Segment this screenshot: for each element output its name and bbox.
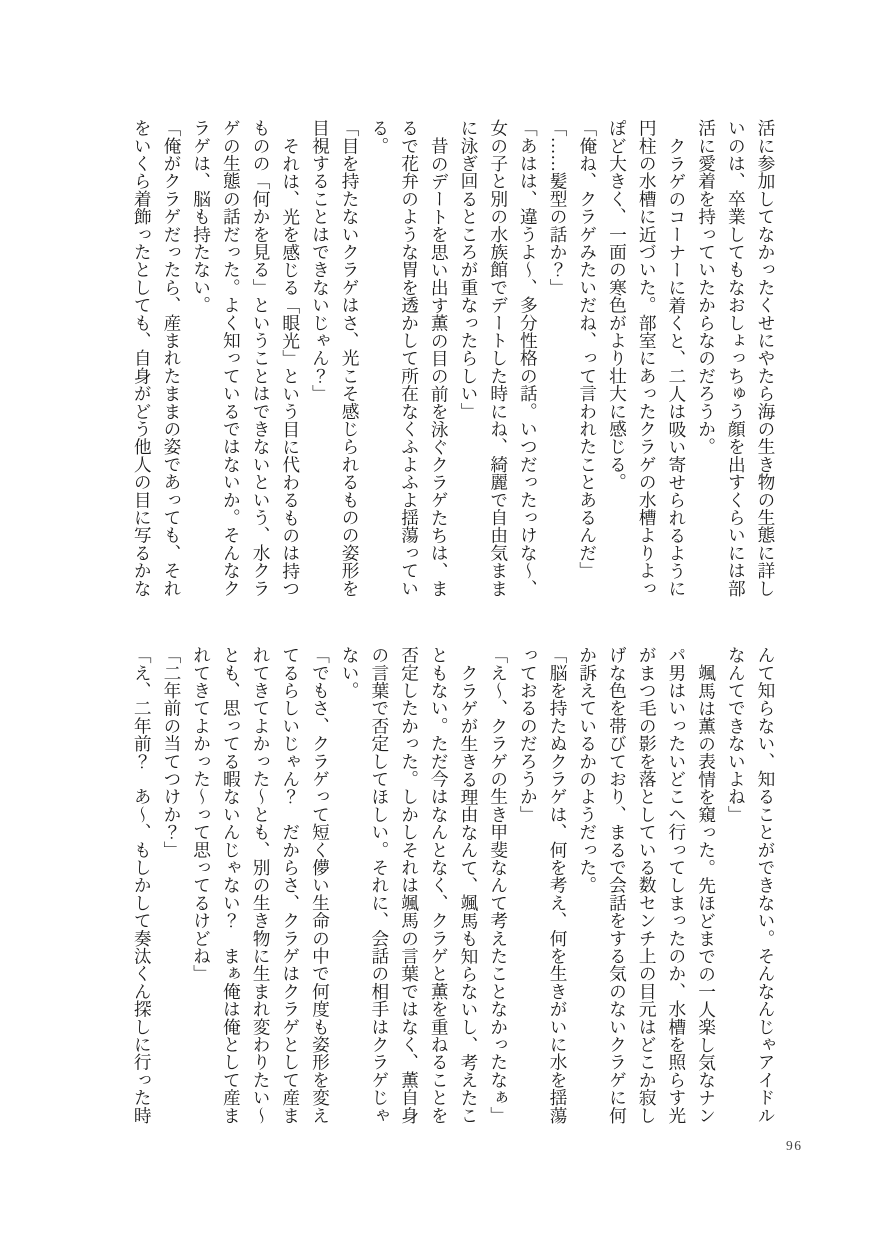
paragraph: クラゲが生きる理由なんて、颯馬も知らないし、考えたこともない。ただ今はなんとなく…: [334, 646, 483, 1125]
paragraph: 「俺ね、クラゲみたいだね、って言われたことあるんだ」: [572, 119, 602, 598]
paragraph: 「……髪型の話か？」: [542, 119, 572, 598]
text-block-top: 活に参加してなかったくせにやたら海の生き物の生態に詳しいのは、卒業してもなおしょ…: [127, 119, 780, 598]
paragraph: 颯馬は薫の表情を窺った。先ほどまでの一人楽し気なナンパ男はいったいどこへ行ってし…: [572, 646, 721, 1125]
paragraph: 「脳を持たぬクラゲは、何を考え、何を生きがいに水を揺蕩っておるのだろうか」: [513, 646, 572, 1125]
paragraph: 「目を持たないクラゲはさ、光こそ感じられるものの姿形を目視することはできないじゃ…: [305, 119, 364, 598]
paragraph: んて知らない、知ることができない。そんなんじゃアイドルなんてできないよね」: [721, 646, 780, 1125]
paragraph: 活に参加してなかったくせにやたら海の生き物の生態に詳しいのは、卒業してもなおしょ…: [691, 119, 780, 598]
book-page: 活に参加してなかったくせにやたら海の生き物の生態に詳しいのは、卒業してもなおしょ…: [0, 0, 874, 1240]
paragraph: 「え、二年前？ あ〜、もしかして奏汰くん探しに行った時: [127, 646, 157, 1125]
paragraph: 「でもさ、クラゲって短く儚い生命の中で何度も姿形を変えてるらしいじゃん？ だから…: [186, 646, 335, 1125]
paragraph: 「あはは、違うよ〜、多分性格の話。いつだったっけな〜、女の子と別の水族館でデート…: [453, 119, 542, 598]
paragraph: 昔のデートを思い出す薫の目の前を泳ぐクラゲたちは、まるで花弁のような胃を透かして…: [364, 119, 453, 598]
paragraph: クラゲのコーナーに着くと、二人は吸い寄せられるように円柱の水槽に近づいた。部室に…: [602, 119, 691, 598]
paragraph: それは、光を感じる「眼光」という目に代わるものは持つものの「何かを見る」というこ…: [186, 119, 305, 598]
text-block-bottom: んて知らない、知ることができない。そんなんじゃアイドルなんてできないよね」颯馬は…: [127, 646, 780, 1125]
page-number: 96: [786, 1138, 803, 1154]
paragraph: 「俺がクラゲだったら、産まれたままの姿であっても、それをいくら着飾ったとしても、…: [127, 119, 186, 598]
paragraph: 「え〜、クラゲの生き甲斐なんて考えたことなかったなぁ」: [483, 646, 513, 1125]
paragraph: 「二年前の当てつけか？」: [156, 646, 186, 1125]
